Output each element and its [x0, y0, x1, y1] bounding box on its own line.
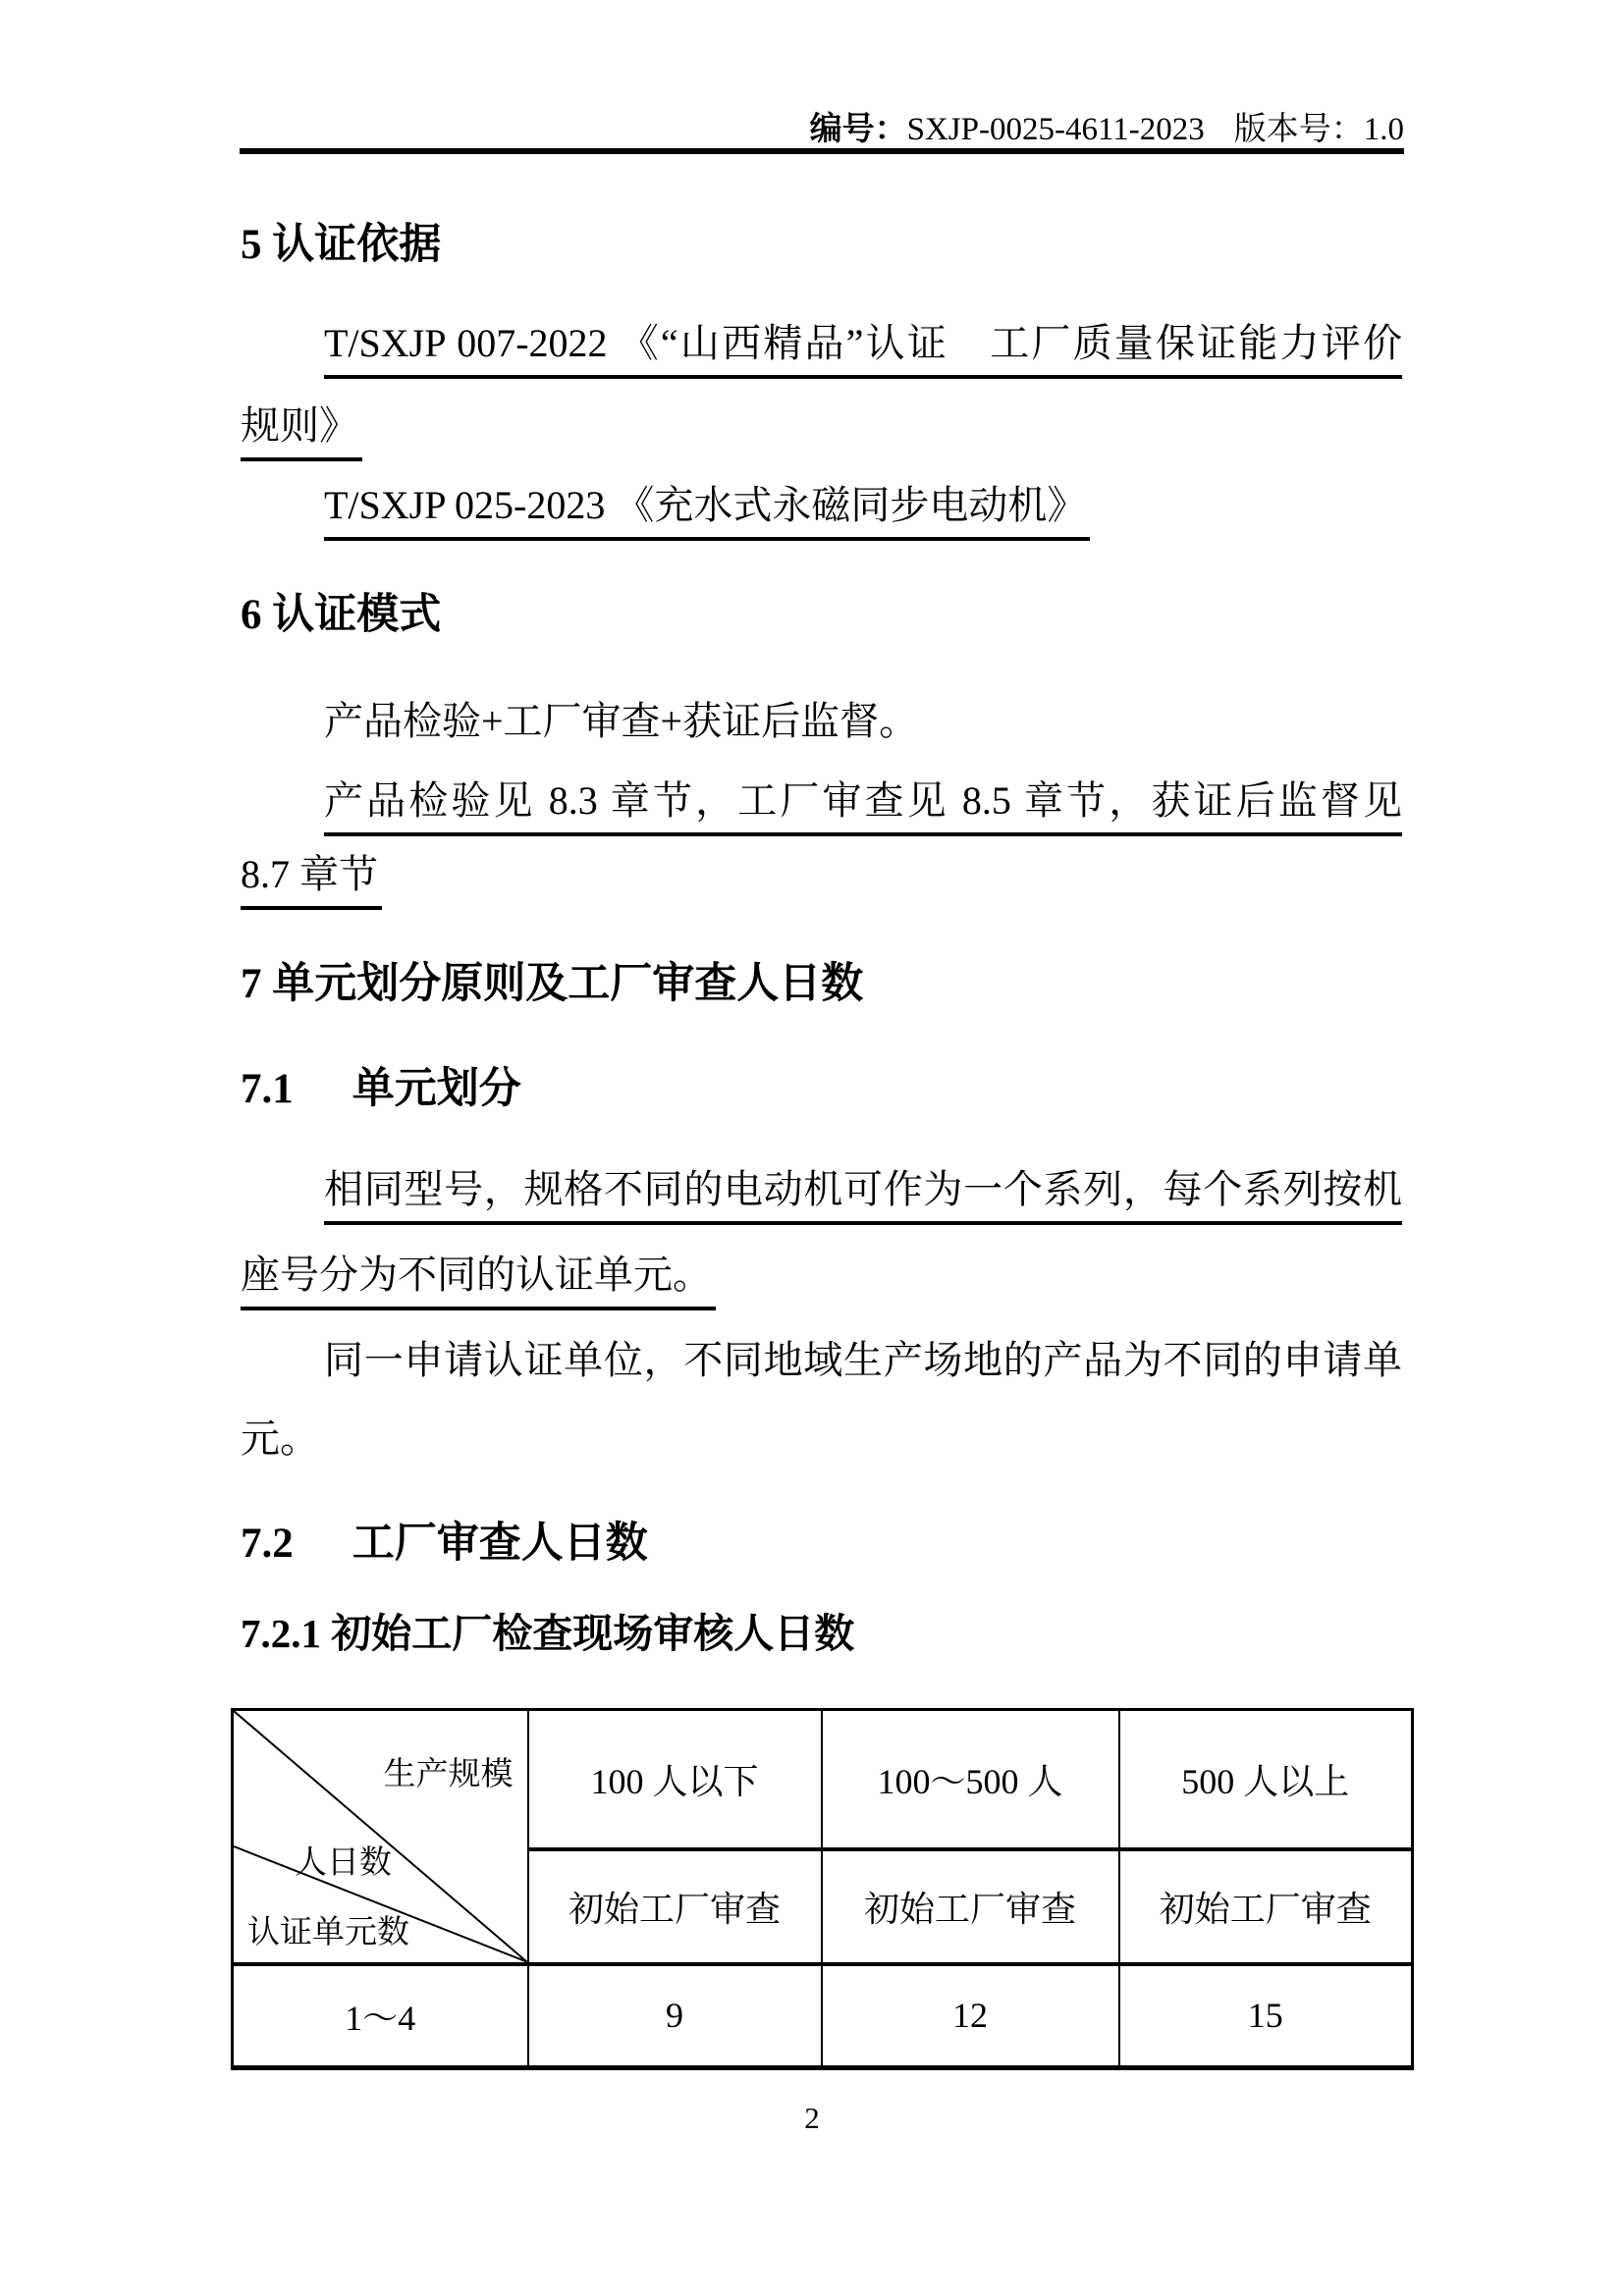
column-header-under-100: 100 人以下 — [528, 1710, 822, 1849]
section-6-heading: 6 认证模式 — [241, 592, 441, 638]
subheader-initial-audit-1: 初始工厂审查 — [528, 1849, 822, 1964]
section-7-1-paragraph-line-1: 同一申请认证单位，不同地域生产场地的产品为不同的申请单 — [324, 1338, 1402, 1383]
subheader-initial-audit-3: 初始工厂审查 — [1119, 1849, 1413, 1964]
underlined-text: 8.7 章节 — [241, 852, 382, 910]
section-5-standard-line-2: 规则》 — [241, 403, 362, 461]
header-divider-rule — [240, 148, 1404, 154]
person-days-under-100: 9 — [528, 1964, 822, 2068]
doc-number-value: SXJP-0025-4611-2023 — [907, 112, 1205, 147]
units-range-cell: 1～4 — [233, 1964, 528, 2068]
person-days-100-500: 12 — [822, 1964, 1119, 2068]
underlined-text: 座号分为不同的认证单元。 — [241, 1253, 716, 1310]
underlined-text: 规则》 — [241, 403, 362, 461]
section-7-1-text-line-2: 座号分为不同的认证单元。 — [241, 1253, 716, 1310]
table-header-row: 生产规模 人日数 认证单元数 100 人以下 100～500 人 500 人以上 — [233, 1710, 1413, 1849]
section-6-reference-line-2: 8.7 章节 — [241, 852, 382, 910]
version-label: 版本号： — [1234, 112, 1364, 147]
section-5-standard-line-3: T/SXJP 025-2023 《充水式永磁同步电动机》 — [324, 483, 1090, 541]
corner-label-cert-units: 认证单元数 — [247, 1906, 409, 1952]
section-6-reference-line-1: 产品检验见 8.3 章节，工厂审查见 8.5 章节，获证后监督见 — [324, 778, 1402, 836]
table-data-row: 1～4 9 12 15 — [233, 1964, 1413, 2068]
column-header-over-500: 500 人以上 — [1119, 1710, 1413, 1849]
underlined-text: T/SXJP 025-2023 《充水式永磁同步电动机》 — [324, 483, 1090, 541]
section-7-2-1-heading: 7.2.1 初始工厂检查现场审核人日数 — [241, 1612, 854, 1656]
corner-label-production-scale: 生产规模 — [384, 1748, 514, 1794]
audit-person-days-table: 生产规模 人日数 认证单元数 100 人以下 100～500 人 500 人以上… — [231, 1708, 1414, 2070]
heading-title: 工厂审查人日数 — [352, 1521, 648, 1567]
column-header-100-500: 100～500 人 — [822, 1710, 1119, 1849]
section-6-paragraph: 产品检验+工厂审查+获证后监督。 — [324, 699, 918, 744]
document-page: 编号：SXJP-0025-4611-2023版本号：1.0 5 认证依据 T/S… — [0, 0, 1624, 2296]
section-5-heading: 5 认证依据 — [241, 222, 441, 268]
corner-label-person-days: 人日数 — [295, 1837, 392, 1883]
subheader-initial-audit-2: 初始工厂审查 — [822, 1849, 1119, 1964]
section-5-standard-line-1: T/SXJP 007-2022 《“山西精品”认证 工厂质量保证能力评价 — [324, 321, 1402, 379]
page-number: 2 — [0, 2101, 1624, 2136]
diagonal-corner-cell: 生产规模 人日数 认证单元数 — [233, 1710, 528, 1964]
section-7-1-heading: 7.1单元划分 — [241, 1066, 521, 1112]
version-value: 1.0 — [1364, 112, 1404, 147]
section-7-heading: 7 单元划分原则及工厂审查人日数 — [241, 961, 863, 1007]
document-number-header: 编号：SXJP-0025-4611-2023版本号：1.0 — [810, 103, 1404, 149]
heading-title: 单元划分 — [352, 1066, 521, 1112]
section-7-1-text-line-1: 相同型号，规格不同的电动机可作为一个系列，每个系列按机 — [324, 1167, 1402, 1225]
doc-number-label: 编号： — [810, 112, 907, 147]
heading-number: 7.1 — [241, 1066, 294, 1112]
section-7-2-heading: 7.2工厂审查人日数 — [241, 1521, 648, 1567]
section-7-1-paragraph-line-2: 元。 — [241, 1416, 319, 1462]
heading-number: 7.2 — [241, 1521, 294, 1567]
person-days-over-500: 15 — [1119, 1964, 1413, 2068]
